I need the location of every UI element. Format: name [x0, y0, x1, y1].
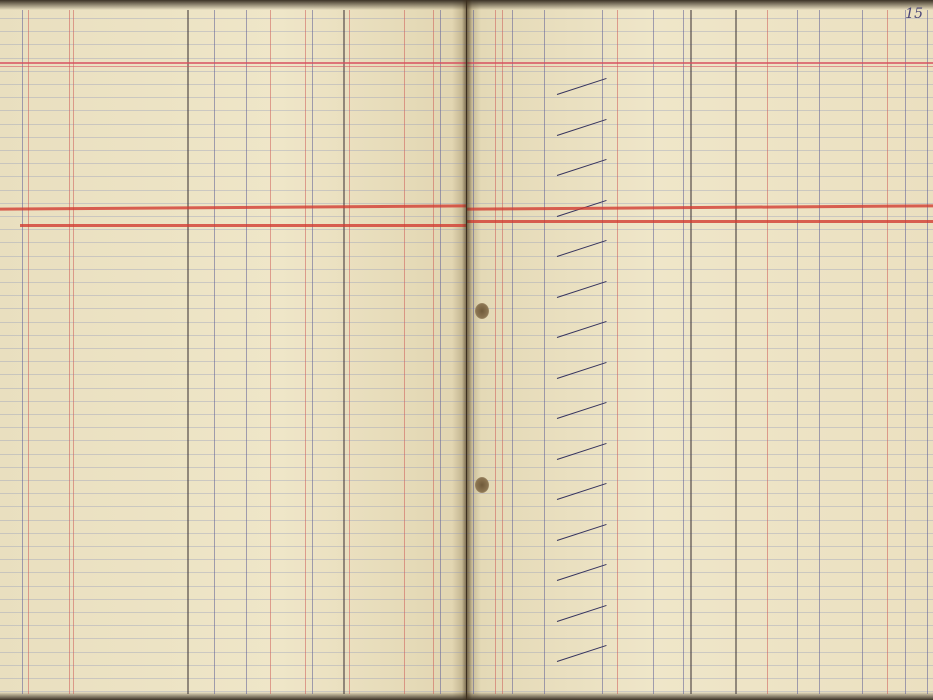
ruling-line: [467, 361, 933, 362]
header-red-rule: [0, 66, 466, 67]
header-red-rule: [467, 62, 933, 64]
column-rule: [602, 10, 603, 694]
page-top-edge: [0, 0, 466, 10]
ruling-line: [467, 269, 933, 270]
ruling-line: [467, 295, 933, 296]
column-rule: [28, 10, 29, 694]
ruling-line: [467, 427, 933, 428]
ruling-line: [467, 137, 933, 138]
ruling-line: [467, 388, 933, 389]
ruling-line: [467, 652, 933, 653]
ruling-line: [467, 31, 933, 32]
page-top-edge: [467, 0, 933, 10]
binding-stain: [475, 303, 489, 319]
ruling-line: [467, 401, 933, 402]
column-rule: [887, 10, 888, 694]
strike-through: [20, 224, 466, 227]
ruling-line: [467, 599, 933, 600]
column-rule: [690, 10, 692, 694]
ruling-line: [467, 190, 933, 191]
column-rule: [797, 10, 798, 694]
column-rule: [73, 10, 74, 694]
column-rule: [735, 10, 737, 694]
page-bottom-edge: [467, 692, 933, 700]
column-rule: [187, 10, 189, 694]
ruling-line: [467, 546, 933, 547]
column-rule: [69, 10, 70, 694]
ditto-mark: [557, 483, 607, 500]
column-rule: [270, 10, 271, 694]
binding-stain: [475, 477, 489, 493]
column-rule: [862, 10, 863, 694]
ruling-line: [467, 533, 933, 534]
ruling-line: [467, 414, 933, 415]
ruling-line: [467, 216, 933, 217]
ruling-line: [467, 229, 933, 230]
ruling-line: [467, 493, 933, 494]
column-rule: [349, 10, 350, 694]
ruling-line: [467, 18, 933, 19]
header-red-rule: [0, 62, 466, 64]
column-rule: [312, 10, 313, 694]
ruling-line: [467, 454, 933, 455]
column-rule: [653, 10, 654, 694]
right-page: 15: [467, 0, 933, 700]
ruling-line: [467, 665, 933, 666]
ruling-line: [467, 678, 933, 679]
column-rule: [22, 10, 23, 694]
ruling-line: [467, 572, 933, 573]
header-red-rule: [467, 66, 933, 67]
column-rule: [544, 10, 545, 694]
ruling-line: [467, 282, 933, 283]
column-rule: [433, 10, 434, 694]
ruling-line: [467, 559, 933, 560]
ruling-line: [467, 691, 933, 692]
page-number: 15: [905, 6, 923, 22]
column-rule: [404, 10, 405, 694]
ruling-line: [467, 506, 933, 507]
column-rule: [927, 10, 928, 694]
ruling-line: [467, 58, 933, 59]
ditto-mark: [557, 402, 607, 419]
column-rule: [440, 10, 441, 694]
ruling-line: [467, 480, 933, 481]
ditto-mark: [557, 442, 607, 459]
column-rule: [767, 10, 768, 694]
column-rule: [246, 10, 247, 694]
column-rule: [819, 10, 820, 694]
column-rule: [905, 10, 906, 694]
column-rule: [495, 10, 496, 694]
left-page: [0, 0, 466, 700]
ruling-line: [467, 625, 933, 626]
ruling-line: [467, 242, 933, 243]
ledger-spread: 15: [0, 0, 933, 700]
column-rule: [305, 10, 306, 694]
ruling-line: [467, 97, 933, 98]
ruling-line: [467, 124, 933, 125]
ruling-line: [467, 150, 933, 151]
ruling-line: [467, 110, 933, 111]
ruling-line: [467, 44, 933, 45]
column-rule: [617, 10, 618, 694]
ruling-line: [467, 638, 933, 639]
ditto-mark: [557, 118, 607, 135]
ruling-line: [467, 71, 933, 72]
ruling-line: [467, 440, 933, 441]
strike-through: [467, 204, 933, 210]
ditto-mark: [557, 361, 607, 378]
ruling-line: [467, 348, 933, 349]
ruling-line: [467, 374, 933, 375]
column-rule: [473, 10, 474, 694]
ruling-line: [467, 308, 933, 309]
ruling-line: [467, 84, 933, 85]
column-rule: [512, 10, 513, 694]
column-rule: [343, 10, 345, 694]
ruling-line: [467, 520, 933, 521]
column-rule: [214, 10, 215, 694]
ruling-line: [467, 256, 933, 257]
ditto-mark: [557, 78, 607, 95]
ruling-line: [467, 467, 933, 468]
ditto-mark: [557, 645, 607, 662]
column-rule: [502, 10, 503, 694]
strike-through: [467, 220, 933, 223]
ruling-line: [467, 586, 933, 587]
book-gutter: [462, 0, 472, 700]
ruling-line: [467, 322, 933, 323]
ruling-line: [467, 612, 933, 613]
ruling-line: [467, 335, 933, 336]
ruling-line: [467, 163, 933, 164]
ruling-line: [467, 176, 933, 177]
ruling-line: [467, 203, 933, 204]
column-rule: [683, 10, 684, 694]
ditto-mark: [557, 159, 607, 176]
